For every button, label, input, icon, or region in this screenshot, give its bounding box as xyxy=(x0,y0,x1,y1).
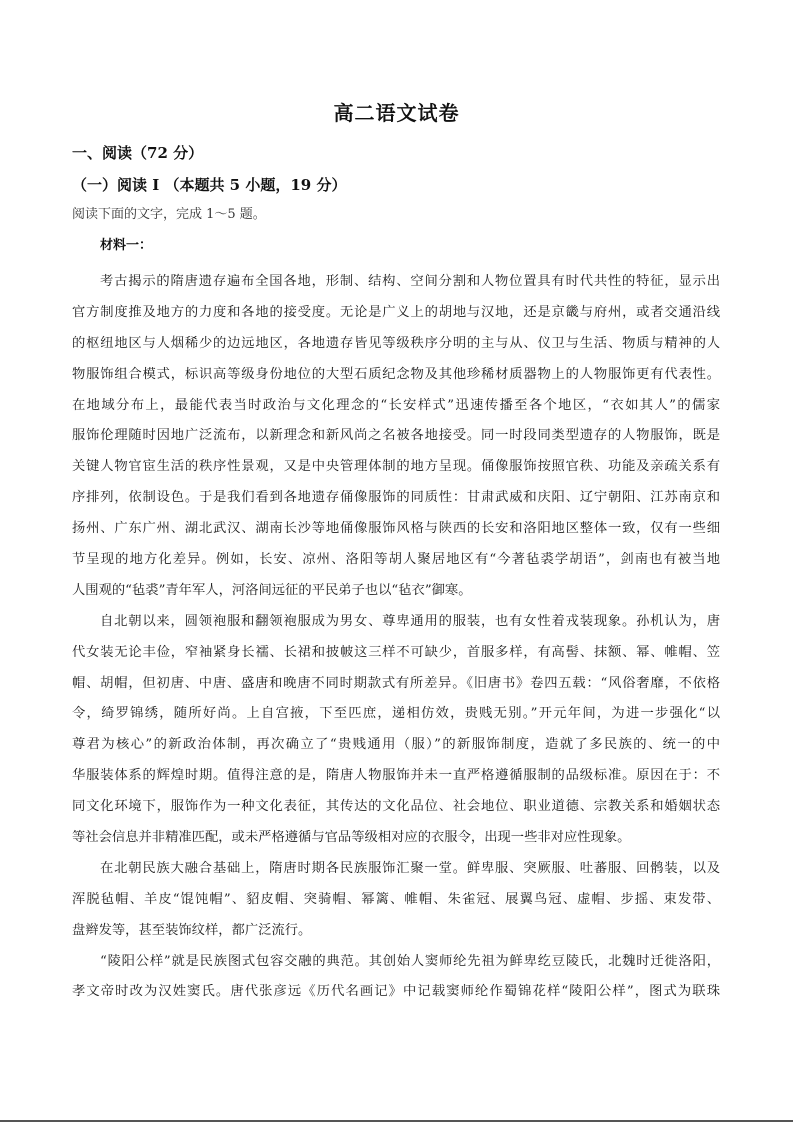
text-line: 华服装体系的辉煌时期。值得注意的是，隋唐人物服饰并未一直严格遵循服制的品级标准。… xyxy=(72,761,720,792)
instruction-text: 阅读下面的文字，完成 1～5 题。 xyxy=(72,206,266,224)
reading-passage: 考古揭示的隋唐遗存遍布全国各地，形制、结构、空间分割和人物位置具有时代共性的特征… xyxy=(72,267,720,1008)
text-line: 自北朝以来，圆领袍服和翻领袍服成为男女、尊卑通用的服装，也有女性着戎装现象。孙机… xyxy=(72,607,720,638)
text-line: 代女装无论丰俭，窄袖紧身长襦、长裙和披帔这三样不可缺少，首服多样，有高髻、抹额、… xyxy=(72,638,720,669)
text-line: 官方制度推及地方的力度和各地的接受度。无论是广义上的胡地与汉地，还是京畿与府州，… xyxy=(72,298,720,329)
subsection-heading: （一）阅读 I （本题共 5 小题，19 分） xyxy=(72,175,346,195)
text-line: 关键人物官宦生活的秩序性景观，又是中央管理体制的地方呈现。俑像服饰按照官秩、功能… xyxy=(72,452,720,483)
text-line: 令，绮罗锦绣，随所好尚。上自宫掖，下至匹庶，递相仿效，贵贱无别。”开元年间，为进… xyxy=(72,699,720,730)
text-line: 在地域分布上，最能代表当时政治与文化理念的“长安样式”迅速传播至各个地区，“衣如… xyxy=(72,391,720,422)
text-line: 同文化环境下，服饰作为一种文化表征，其传达的文化品位、社会地位、职业道德、宗教关… xyxy=(72,792,720,823)
text-line: 孝文帝时改为汉姓窦氏。唐代张彦远《历代名画记》中记载窦师纶作蜀锦花样“陵阳公样”… xyxy=(72,977,720,1008)
paragraph-3: 在北朝民族大融合基础上，隋唐时期各民族服饰汇聚一堂。鲜卑服、突厥服、吐蕃服、回鹘… xyxy=(72,854,720,947)
text-line: 序排列，依制设色。于是我们看到各地遗存俑像服饰的同质性：甘肃武威和庆阳、辽宁朝阳… xyxy=(72,483,720,514)
text-line: 盘辫发等，甚至装饰纹样，都广泛流行。 xyxy=(72,916,720,947)
material-label: 材料一： xyxy=(100,237,152,255)
text-line: 浑脱毡帽、羊皮“馄饨帽”、貂皮帽、突骑帽、幂篱、帷帽、朱雀冠、展翼鸟冠、虚帽、步… xyxy=(72,885,720,916)
text-line: 尊君为核心”的新政治体制，再次确立了“贵贱通用（服）”的新服饰制度，造就了多民族… xyxy=(72,730,720,761)
text-line: 物服饰组合模式，标识高等级身份地位的大型石质纪念物及其他珍稀材质器物上的人物服饰… xyxy=(72,360,720,391)
exam-page: 高二语文试卷 一、阅读（72 分） （一）阅读 I （本题共 5 小题，19 分… xyxy=(0,0,793,1122)
text-line: 扬州、广东广州、湖北武汉、湖南长沙等地俑像服饰风格与陕西的长安和洛阳地区整体一致… xyxy=(72,514,720,545)
text-line: 的枢纽地区与人烟稀少的边远地区，各地遗存皆见等级秩序分明的主与从、仪卫与生活、物… xyxy=(72,329,720,360)
paragraph-2: 自北朝以来，圆领袍服和翻领袍服成为男女、尊卑通用的服装，也有女性着戎装现象。孙机… xyxy=(72,607,720,854)
text-line: 服饰伦理随时因地广泛流布，以新理念和新风尚之名被各地接受。同一时段同类型遗存的人… xyxy=(72,421,720,452)
paragraph-4: “陵阳公样”就是民族图式包容交融的典范。其创始人窦师纶先祖为鲜卑纥豆陵氏，北魏时… xyxy=(72,947,720,1009)
text-line: 在北朝民族大融合基础上，隋唐时期各民族服饰汇聚一堂。鲜卑服、突厥服、吐蕃服、回鹘… xyxy=(72,854,720,885)
text-line: 帽、胡帽，但初唐、中唐、盛唐和晚唐不同时期款式有所差异。《旧唐书》卷四五载：“风… xyxy=(72,669,720,700)
text-line: 等社会信息并非精准匹配，或未严格遵循与官品等级相对应的衣服令，出现一些非对应性现… xyxy=(72,823,720,854)
paragraph-1: 考古揭示的隋唐遗存遍布全国各地，形制、结构、空间分割和人物位置具有时代共性的特征… xyxy=(72,267,720,607)
text-line: “陵阳公样”就是民族图式包容交融的典范。其创始人窦师纶先祖为鲜卑纥豆陵氏，北魏时… xyxy=(72,947,720,978)
text-line: 考古揭示的隋唐遗存遍布全国各地，形制、结构、空间分割和人物位置具有时代共性的特征… xyxy=(72,267,720,298)
text-line: 节呈现的地方化差异。例如，长安、凉州、洛阳等胡人聚居地区有“今著毡裘学胡语”，剑… xyxy=(72,545,720,576)
section-heading: 一、阅读（72 分） xyxy=(72,143,203,163)
text-line: 人围观的“毡裘”青年军人，河洛间远征的平民弟子也以“毡衣”御寒。 xyxy=(72,576,720,607)
document-title: 高二语文试卷 xyxy=(0,98,793,128)
